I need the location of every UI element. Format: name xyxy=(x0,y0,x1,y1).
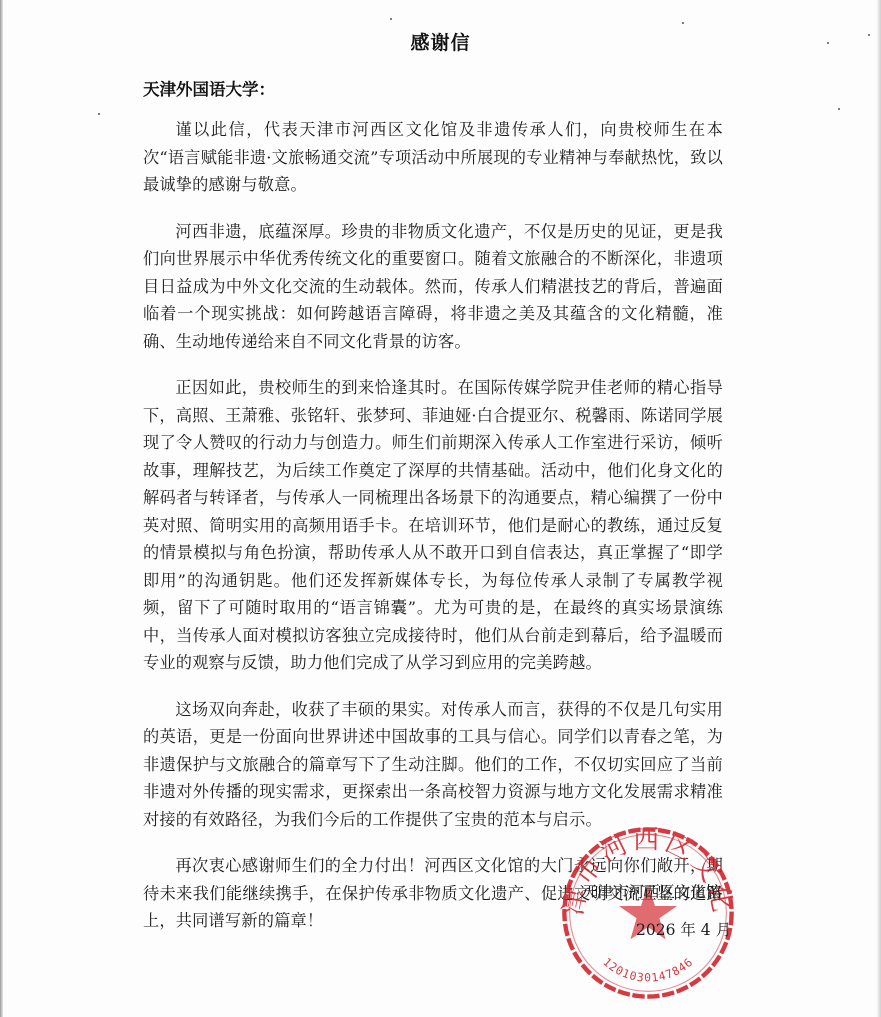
signature-organization: 天津市河西区文化馆 xyxy=(582,880,722,902)
seal-serial-number: 1201030147846 xyxy=(600,955,696,985)
scan-speck xyxy=(98,113,100,115)
paragraph-opening: 谨以此信，代表天津市河西区文化馆及非遗传承人们，向贵校师生在本次“语言赋能非遗·… xyxy=(143,116,723,199)
paragraph-activities: 正因如此，贵校师生的到来恰逢其时。在国际传媒学院尹佳老师的精心指导下，高照、王萧… xyxy=(143,374,723,677)
official-seal: 天津市河西区文化馆 1201030147846 xyxy=(560,825,736,1001)
scan-speck xyxy=(838,108,840,110)
scan-right-edge xyxy=(877,0,881,1017)
letter-title: 感谢信 xyxy=(0,28,881,55)
paragraph-background: 河西非遗，底蕴深厚。珍贵的非物质文化遗产，不仅是历史的见证，更是我们向世界展示中… xyxy=(143,218,723,356)
scan-speck xyxy=(682,22,684,24)
letter-page: 感谢信 天津外国语大学： 谨以此信，代表天津市河西区文化馆及非遗传承人们，向贵校… xyxy=(0,0,881,1017)
paragraph-results: 这场双向奔赴，收获了丰硕的果实。对传承人而言，获得的不仅是几句实用的英语，更是一… xyxy=(143,696,723,834)
signature-date: 2026 年 4 月 xyxy=(636,918,731,940)
salutation: 天津外国语大学： xyxy=(143,76,275,100)
scan-left-edge xyxy=(0,0,3,1017)
scan-speck xyxy=(390,18,392,20)
